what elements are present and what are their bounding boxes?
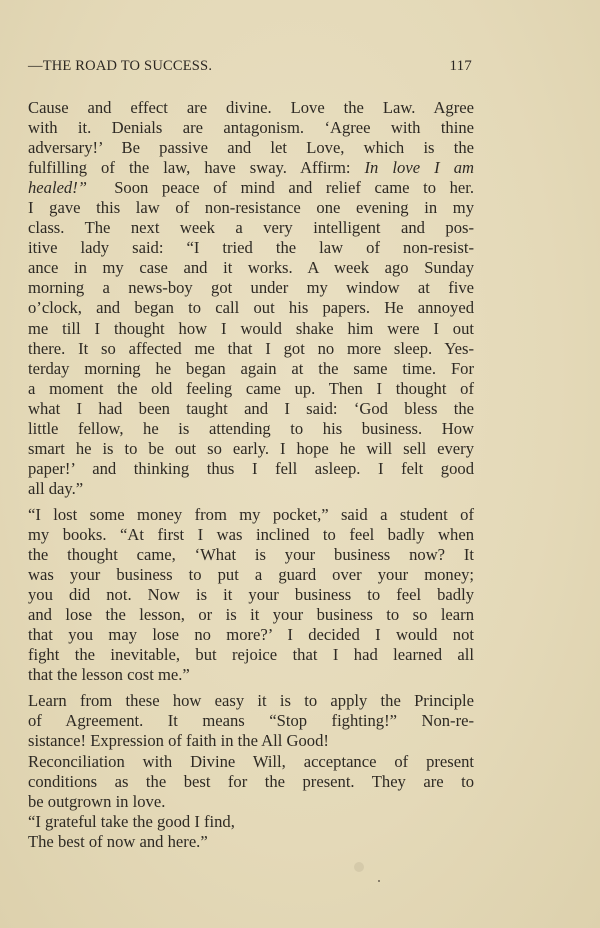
text-line: that the lesson cost me.” — [28, 665, 474, 685]
chapter-title: —THE ROAD TO SUCCESS. — [28, 58, 212, 75]
paper-smudge — [354, 862, 364, 872]
text-line: a moment the old feeling came up. Then I… — [28, 379, 474, 399]
text-line: paper!’ and thinking thus I fell asleep.… — [28, 459, 474, 479]
text-line: sistance! Expression of faith in the All… — [28, 731, 474, 751]
italic-affirmation: In love I am — [365, 158, 474, 177]
text-line: me till I thought how I would shake him … — [28, 319, 474, 339]
text-line: I gave this law of non-resistance one ev… — [28, 198, 474, 218]
text-line: smart he is to be out so early. I hope h… — [28, 439, 474, 459]
text-line: my books. “At first I was inclined to fe… — [28, 525, 474, 545]
body-text: Cause and effect are divine. Love the La… — [28, 98, 474, 852]
running-head: —THE ROAD TO SUCCESS. 117 — [28, 58, 474, 80]
paragraph-2: “I lost some money from my pocket,” said… — [28, 505, 474, 685]
text-line: little fellow, he is attending to his bu… — [28, 419, 474, 439]
healed-rest: Soon peace of mind and relief came to he… — [114, 178, 474, 197]
text-line: the thought came, ‘What is your business… — [28, 545, 474, 565]
verse-line: “I grateful take the good I find, — [28, 812, 474, 832]
text-line: you did not. Now is it your business to … — [28, 585, 474, 605]
text-line: ance in my case and it works. A week ago… — [28, 258, 474, 278]
text-line: that you may lose no more?’ I decided I … — [28, 625, 474, 645]
text-line: Cause and effect are divine. Love the La… — [28, 98, 474, 118]
text-line: was your business to put a guard over yo… — [28, 565, 474, 585]
text-line: all day.” — [28, 479, 474, 499]
paragraph-1: Cause and effect are divine. Love the La… — [28, 98, 474, 499]
paper-speck — [378, 880, 380, 882]
text-line: conditions as the best for the present. … — [28, 772, 474, 792]
text-line-healed: healed!” Soon peace of mind and relief c… — [28, 178, 474, 198]
text-line: Learn from these how easy it is to apply… — [28, 691, 474, 711]
paragraph-3: Learn from these how easy it is to apply… — [28, 691, 474, 851]
text-line: “I lost some money from my pocket,” said… — [28, 505, 474, 525]
text-line: there. It so affected me that I got no m… — [28, 339, 474, 359]
page-number: 117 — [449, 58, 474, 75]
text-line: adversary!’ Be passive and let Love, whi… — [28, 138, 474, 158]
text-line: terday morning he began again at the sam… — [28, 359, 474, 379]
text-line-affirm: fulfilling of the law, have sway. Affirm… — [28, 158, 474, 178]
text-line: and lose the lesson, or is it your busin… — [28, 605, 474, 625]
text-line: itive lady said: “I tried the law of non… — [28, 238, 474, 258]
affirm-text: fulfilling of the law, have sway. Affirm… — [28, 158, 350, 177]
text-line: o’clock, and began to call out his paper… — [28, 298, 474, 318]
text-line: Reconciliation with Divine Will, accepta… — [28, 752, 474, 772]
text-line: be outgrown in love. — [28, 792, 474, 812]
text-line: class. The next week a very intelligent … — [28, 218, 474, 238]
text-line: morning a news-boy got under my window a… — [28, 278, 474, 298]
text-line: with it. Denials are antagonism. ‘Agree … — [28, 118, 474, 138]
text-line: fight the inevitable, but rejoice that I… — [28, 645, 474, 665]
verse-line: The best of now and here.” — [28, 832, 474, 852]
text-line: of Agreement. It means “Stop fighting!” … — [28, 711, 474, 731]
italic-healed: healed!” — [28, 178, 87, 197]
book-page: —THE ROAD TO SUCCESS. 117 Cause and effe… — [28, 58, 474, 852]
text-line: what I had been taught and I said: ‘God … — [28, 399, 474, 419]
